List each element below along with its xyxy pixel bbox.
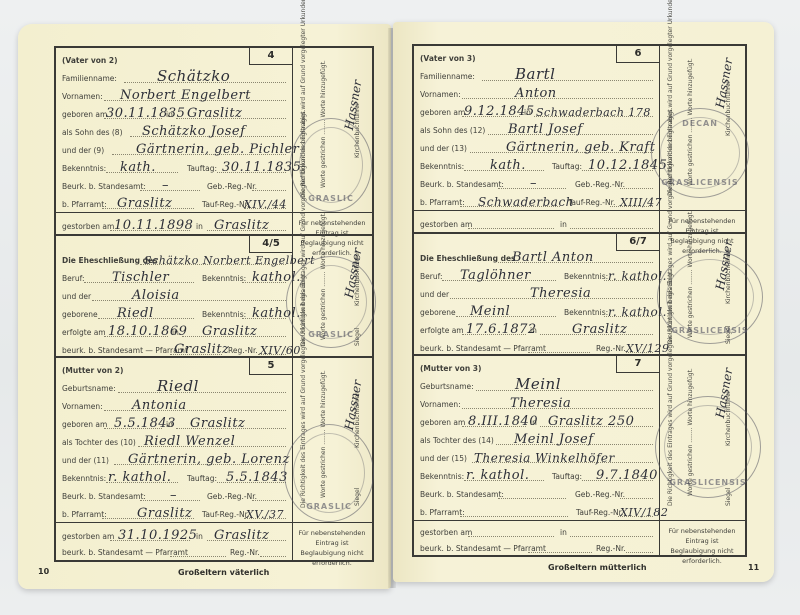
groom-value: Bartl Anton bbox=[512, 250, 594, 265]
registry-value: – bbox=[170, 488, 177, 503]
birth-name-label: Geburtsname: bbox=[420, 382, 474, 391]
occupation-label: Beruf: bbox=[62, 274, 85, 283]
died-label: gestorben am bbox=[62, 532, 114, 541]
born-in-value: Graslitz bbox=[187, 106, 242, 121]
parish-label: b. Pfarramt: bbox=[62, 510, 107, 519]
first-names-value: Norbert Engelbert bbox=[120, 88, 251, 103]
section-header: (Vater von 2) bbox=[62, 56, 118, 65]
mother-section: 7 (Mutter von 3) Geburtsname:Meinl Vorna… bbox=[414, 356, 745, 555]
occurred-label: erfolgte am bbox=[420, 326, 464, 335]
baptism-label: Tauftag: bbox=[187, 474, 217, 483]
birth-reg-label: Geb.-Reg.-Nr. bbox=[575, 180, 625, 189]
died-in-label: in bbox=[560, 528, 567, 537]
and-of-label: und der (9) bbox=[62, 146, 104, 155]
died-label: gestorben am bbox=[420, 220, 472, 229]
religion-value: r. kathol. bbox=[108, 470, 171, 485]
died-in-label: in bbox=[560, 220, 567, 229]
died-value: 31.10.1925 bbox=[118, 528, 197, 543]
birth-reg-label: Geb.-Reg.-Nr. bbox=[207, 182, 257, 191]
died-in-label: in bbox=[196, 222, 203, 231]
parish-label: b. Pfarramt: bbox=[420, 198, 465, 207]
religion-value: kath. bbox=[490, 158, 526, 173]
religion-label: Bekenntnis: bbox=[420, 162, 464, 171]
groom-value: Schätzko Norbert Engelbert bbox=[144, 254, 315, 267]
registry-value: – bbox=[530, 176, 537, 191]
died-in-label: in bbox=[196, 532, 203, 541]
right-page: 6 (Vater von 3) Familienname:Bartl Vorna… bbox=[393, 22, 774, 582]
daughter-of-label: als Tochter des (10) bbox=[62, 438, 136, 447]
son-of-label: als Sohn des (8) bbox=[62, 128, 123, 137]
reg-no-label: Reg.-Nr. bbox=[230, 548, 260, 557]
occupation-label: Beruf: bbox=[420, 272, 443, 281]
birth-name-label: Geburtsname: bbox=[62, 384, 116, 393]
first-names-value: Theresia bbox=[510, 396, 571, 411]
father-section: 6 (Vater von 3) Familienname:Bartl Vorna… bbox=[414, 46, 745, 234]
daughter-of-label: als Tochter des (14) bbox=[420, 436, 494, 445]
born-name-label: geborene bbox=[62, 310, 98, 319]
daughter-of-value: Meinl Josef bbox=[514, 432, 594, 447]
in-label: in bbox=[530, 326, 537, 335]
born-name-value: Riedl bbox=[117, 306, 154, 321]
religion-label: Bekenntnis: bbox=[420, 472, 464, 481]
died-in-value: Graslitz bbox=[214, 218, 269, 233]
born-label: geboren am bbox=[62, 110, 107, 119]
section-header: (Vater von 3) bbox=[420, 54, 476, 63]
and-of-value: Gärtnerin, geb. Kraft bbox=[506, 140, 655, 155]
side-note: Für nebenstehenden Eintrag ist Beglaubig… bbox=[296, 528, 368, 568]
born-value: 8.III.1840 bbox=[468, 414, 538, 429]
first-names-value: Anton bbox=[515, 86, 557, 101]
parish-stamp: GRASLICENSIS bbox=[655, 396, 761, 498]
died-value: 10.11.1898 bbox=[114, 218, 193, 233]
first-names-value: Antonia bbox=[132, 398, 187, 413]
baptism-reg-value: XIV./44 bbox=[244, 198, 287, 211]
in-label: in bbox=[172, 328, 179, 337]
daughter-of-value: Riedl Wenzel bbox=[144, 434, 235, 449]
and-of-label: und der (15) bbox=[420, 454, 467, 463]
birth-name-value: Riedl bbox=[157, 377, 199, 395]
birth-reg-label: Geb.-Reg.-Nr. bbox=[207, 492, 257, 501]
and-of-label: und der bbox=[62, 292, 91, 301]
religion-label: Bekenntnis: bbox=[62, 164, 106, 173]
occurred-value: 17.6.1872 bbox=[466, 322, 537, 337]
left-page: 4 (Vater von 2) Familienname:Schätzko Vo… bbox=[18, 24, 391, 589]
parish-value: Schwaderbach bbox=[478, 195, 574, 209]
certification-column: Die Richtigkeit des Eintrages wird auf G… bbox=[659, 356, 745, 555]
signature: Hassner bbox=[713, 57, 736, 109]
reg-no-label: Reg.-Nr. bbox=[596, 544, 626, 553]
son-of-value: Schätzko Josef bbox=[142, 124, 245, 139]
religion-value: kath. bbox=[120, 160, 156, 175]
marriage-section: 4/5 Die Eheschließung desSchätzko Norber… bbox=[56, 236, 372, 358]
born-name-label: geborene bbox=[420, 308, 456, 317]
section-header: (Mutter von 2) bbox=[62, 366, 123, 375]
in-label: in bbox=[524, 108, 531, 117]
baptism-reg-label: Tauf-Reg.-Nr. bbox=[568, 198, 615, 207]
page-footer-title: Großeltern väterlich bbox=[178, 568, 269, 577]
registry-label: Beurk. b. Standesamt: bbox=[62, 182, 146, 191]
family-name-value: Schätzko bbox=[157, 67, 230, 85]
baptism-reg-label: Tauf-Reg.-Nr. bbox=[202, 200, 249, 209]
in-label: in bbox=[166, 110, 173, 119]
religion2-label: Bekenntnis: bbox=[564, 308, 608, 317]
and-of-value: Gärtnerin, geb. Pichler bbox=[136, 142, 299, 157]
page-number: 11 bbox=[748, 563, 759, 572]
registry-value: – bbox=[162, 178, 169, 193]
baptism-value: 5.5.1843 bbox=[226, 470, 288, 485]
parish-stamp: GRASLIC bbox=[284, 424, 374, 522]
born-in-value: Graslitz bbox=[190, 416, 245, 431]
died-label: gestorben am bbox=[420, 528, 472, 537]
baptism-reg-value: XV./37 bbox=[246, 508, 284, 521]
first-names-label: Vornamen: bbox=[62, 402, 103, 411]
and-of-label: und der (11) bbox=[62, 456, 109, 465]
and-of-label: und der (13) bbox=[420, 144, 467, 153]
certification-column: Die Richtigkeit des Eintrages wird auf G… bbox=[292, 358, 372, 560]
son-of-label: als Sohn des (12) bbox=[420, 126, 485, 135]
registry-label: Beurk. b. Standesamt: bbox=[62, 492, 146, 501]
family-name-label: Familienname: bbox=[420, 72, 475, 81]
bride-value: Theresia bbox=[530, 286, 591, 301]
baptism-reg-label: Tauf-Reg.-Nr. bbox=[576, 508, 623, 517]
born-label: geboren am bbox=[62, 420, 107, 429]
and-of-value: Theresia Winkelhöfer bbox=[474, 451, 615, 465]
reg-no-label: Reg.-Nr. bbox=[596, 344, 626, 353]
died-in-value: Graslitz bbox=[214, 528, 269, 543]
parish-value: Graslitz bbox=[137, 506, 192, 521]
page-number: 10 bbox=[38, 567, 49, 576]
registry-label: Beurk. b. Standesamt: bbox=[420, 490, 504, 499]
baptism-value: 9.7.1840 bbox=[596, 468, 658, 483]
section-header: (Mutter von 3) bbox=[420, 364, 481, 373]
born-label: geboren am bbox=[420, 418, 465, 427]
parish-value: Graslitz bbox=[117, 196, 172, 211]
first-names-label: Vornamen: bbox=[62, 92, 103, 101]
registry-value: Graslitz bbox=[174, 342, 229, 357]
family-name-value: Bartl bbox=[515, 65, 555, 83]
family-name-label: Familienname: bbox=[62, 74, 117, 83]
reg-no-label: Reg.-Nr. bbox=[228, 346, 258, 355]
religion-label: Bekenntnis: bbox=[202, 274, 246, 283]
left-form: 4 (Vater von 2) Familienname:Schätzko Vo… bbox=[54, 46, 374, 562]
baptism-label: Tauftag: bbox=[187, 164, 217, 173]
father-section: 4 (Vater von 2) Familienname:Schätzko Vo… bbox=[56, 48, 372, 236]
son-of-value: Bartl Josef bbox=[508, 122, 583, 137]
born-label: geboren am bbox=[420, 108, 465, 117]
born-value: 30.11.1835 bbox=[106, 106, 185, 121]
mother-section: 5 (Mutter von 2) Geburtsname:Riedl Vorna… bbox=[56, 358, 372, 560]
baptism-reg-label: Tauf-Reg.-Nr. bbox=[202, 510, 249, 519]
baptism-reg-value: XIII/47 bbox=[620, 196, 662, 209]
parish-label: b. Pfarramt: bbox=[420, 508, 465, 517]
occupation-value: Taglöhner bbox=[460, 268, 531, 283]
religion-label: Bekenntnis: bbox=[62, 474, 106, 483]
born-in-value: Schwaderbach 178 bbox=[536, 106, 651, 119]
first-names-label: Vornamen: bbox=[420, 400, 461, 409]
religion2-label: Bekenntnis: bbox=[202, 310, 246, 319]
occurred-label: erfolgte am bbox=[62, 328, 106, 337]
bride-value: Aloisia bbox=[132, 288, 180, 303]
born-in-value: Graslitz 250 bbox=[548, 414, 634, 429]
birth-name-value: Meinl bbox=[515, 375, 561, 393]
place-value: Graslitz bbox=[572, 322, 627, 337]
registry-label: Beurk. b. Standesamt: bbox=[420, 180, 504, 189]
parish-label: b. Pfarramt: bbox=[62, 200, 107, 209]
born-name-value: Meinl bbox=[470, 304, 510, 319]
and-of-value: Gärtnerin, geb. Lorenz bbox=[128, 452, 290, 467]
marriage-section: 6/7 Die Eheschließung desBartl Anton Ber… bbox=[414, 234, 745, 356]
page-footer-title: Großeltern mütterlich bbox=[548, 563, 647, 572]
occupation-value: Tischler bbox=[112, 270, 169, 285]
parish-stamp: DECANGRASLICENSIS bbox=[651, 108, 749, 198]
in-label: in bbox=[530, 418, 537, 427]
died-label: gestorben am bbox=[62, 222, 114, 231]
in-label: in bbox=[166, 420, 173, 429]
birth-reg-label: Geb.-Reg.-Nr. bbox=[575, 490, 625, 499]
religion-value: r. kathol. bbox=[466, 468, 529, 483]
side-note: Für nebenstehenden Eintrag ist Beglaubig… bbox=[663, 526, 741, 566]
religion-label: Bekenntnis: bbox=[564, 272, 608, 281]
place-value: Graslitz bbox=[202, 324, 257, 339]
right-form: 6 (Vater von 3) Familienname:Bartl Vorna… bbox=[412, 44, 747, 557]
first-names-label: Vornamen: bbox=[420, 90, 461, 99]
baptism-label: Tauftag: bbox=[552, 162, 582, 171]
and-of-label: und der bbox=[420, 290, 449, 299]
signature: Hassner bbox=[342, 379, 365, 431]
baptism-label: Tauftag: bbox=[552, 472, 582, 481]
